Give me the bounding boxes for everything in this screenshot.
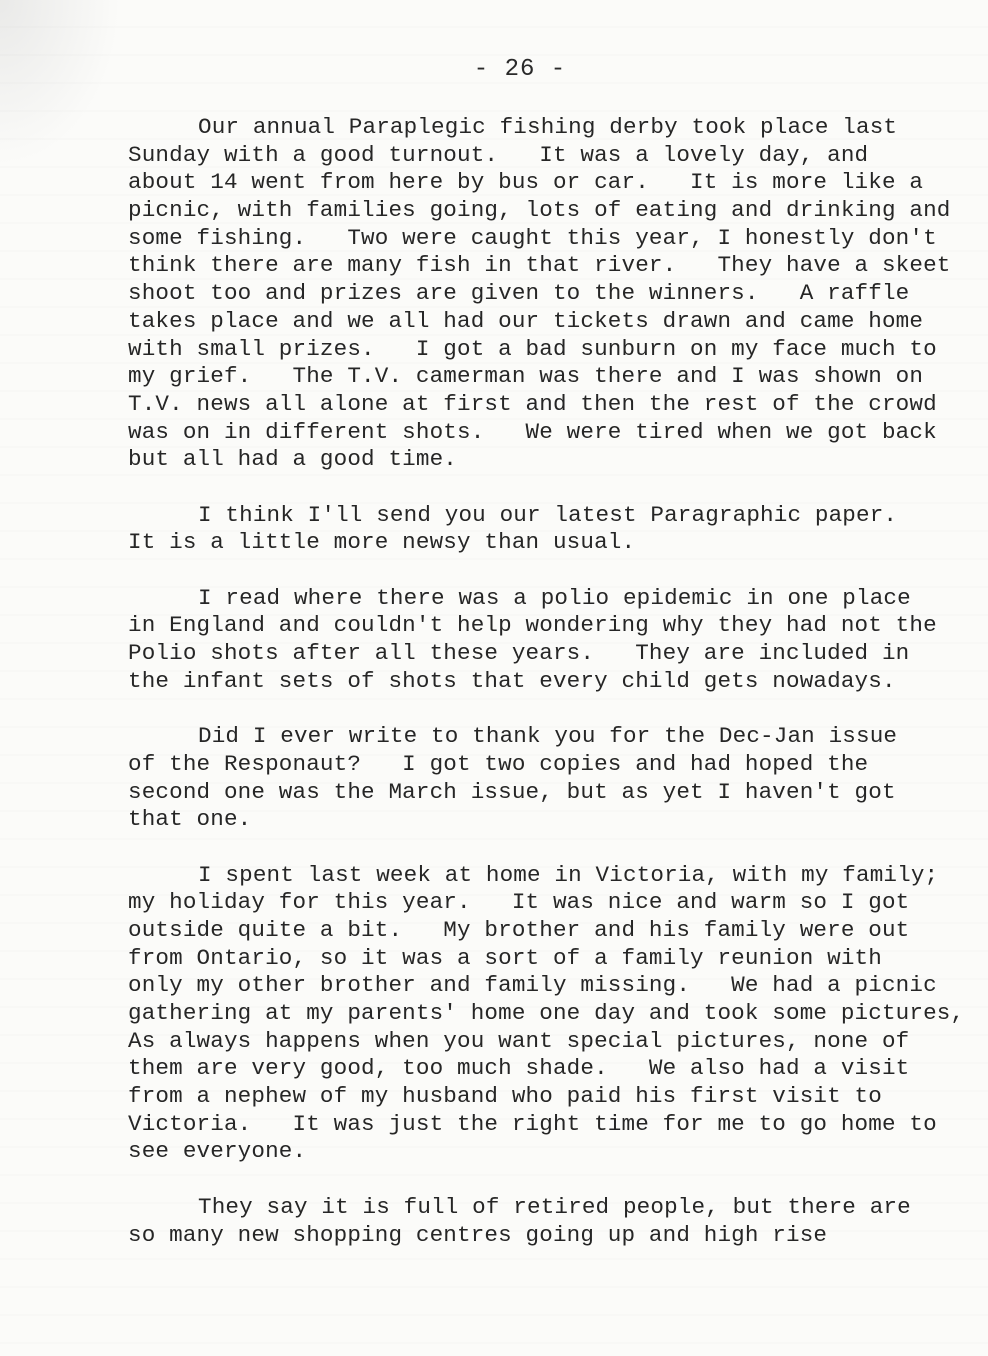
- text-line: T.V. news all alone at first and then th…: [128, 391, 988, 419]
- text-line: picnic, with families going, lots of eat…: [128, 197, 988, 225]
- text-line: so many new shopping centres going up an…: [128, 1222, 988, 1250]
- paragraph-polio-epidemic: I read where there was a polio epidemic …: [128, 585, 988, 696]
- text-line: outside quite a bit. My brother and his …: [128, 917, 988, 945]
- text-line: was on in different shots. We were tired…: [128, 419, 988, 447]
- text-line: about 14 went from here by bus or car. I…: [128, 169, 988, 197]
- text-line: see everyone.: [128, 1138, 988, 1166]
- text-line: gathering at my parents' home one day an…: [128, 1000, 988, 1028]
- text-line: Polio shots after all these years. They …: [128, 640, 988, 668]
- document-page: - 26 - Our annual Paraplegic fishing der…: [0, 0, 988, 1356]
- text-line: of the Responaut? I got two copies and h…: [128, 751, 988, 779]
- text-line: I spent last week at home in Victoria, w…: [128, 862, 988, 890]
- text-line: I think I'll send you our latest Paragra…: [128, 502, 988, 530]
- text-line: As always happens when you want special …: [128, 1028, 988, 1056]
- text-line: in England and couldn't help wondering w…: [128, 612, 988, 640]
- paragraph-retired-people: They say it is full of retired people, b…: [128, 1194, 988, 1249]
- text-line: that one.: [128, 806, 988, 834]
- letter-body: Our annual Paraplegic fishing derby took…: [128, 114, 988, 1277]
- text-line: from Ontario, so it was a sort of a fami…: [128, 945, 988, 973]
- text-line: Our annual Paraplegic fishing derby took…: [128, 114, 988, 142]
- text-line: my holiday for this year. It was nice an…: [128, 889, 988, 917]
- text-line: It is a little more newsy than usual.: [128, 529, 988, 557]
- text-line: I read where there was a polio epidemic …: [128, 585, 988, 613]
- text-line: from a nephew of my husband who paid his…: [128, 1083, 988, 1111]
- text-line: second one was the March issue, but as y…: [128, 779, 988, 807]
- paragraph-victoria-holiday: I spent last week at home in Victoria, w…: [128, 862, 988, 1167]
- text-line: They say it is full of retired people, b…: [128, 1194, 988, 1222]
- text-line: but all had a good time.: [128, 446, 988, 474]
- text-line: some fishing. Two were caught this year,…: [128, 225, 988, 253]
- text-line: think there are many fish in that river.…: [128, 252, 988, 280]
- text-line: the infant sets of shots that every chil…: [128, 668, 988, 696]
- text-line: only my other brother and family missing…: [128, 972, 988, 1000]
- text-line: Sunday with a good turnout. It was a lov…: [128, 142, 988, 170]
- page-number: - 26 -: [0, 56, 988, 83]
- text-line: Victoria. It was just the right time for…: [128, 1111, 988, 1139]
- text-line: takes place and we all had our tickets d…: [128, 308, 988, 336]
- text-line: shoot too and prizes are given to the wi…: [128, 280, 988, 308]
- text-line: my grief. The T.V. camerman was there an…: [128, 363, 988, 391]
- paragraph-responaut-issue: Did I ever write to thank you for the De…: [128, 723, 988, 834]
- text-line: them are very good, too much shade. We a…: [128, 1055, 988, 1083]
- paragraph-paragraphic-paper: I think I'll send you our latest Paragra…: [128, 502, 988, 557]
- text-line: Did I ever write to thank you for the De…: [128, 723, 988, 751]
- paragraph-fishing-derby: Our annual Paraplegic fishing derby took…: [128, 114, 988, 474]
- text-line: with small prizes. I got a bad sunburn o…: [128, 336, 988, 364]
